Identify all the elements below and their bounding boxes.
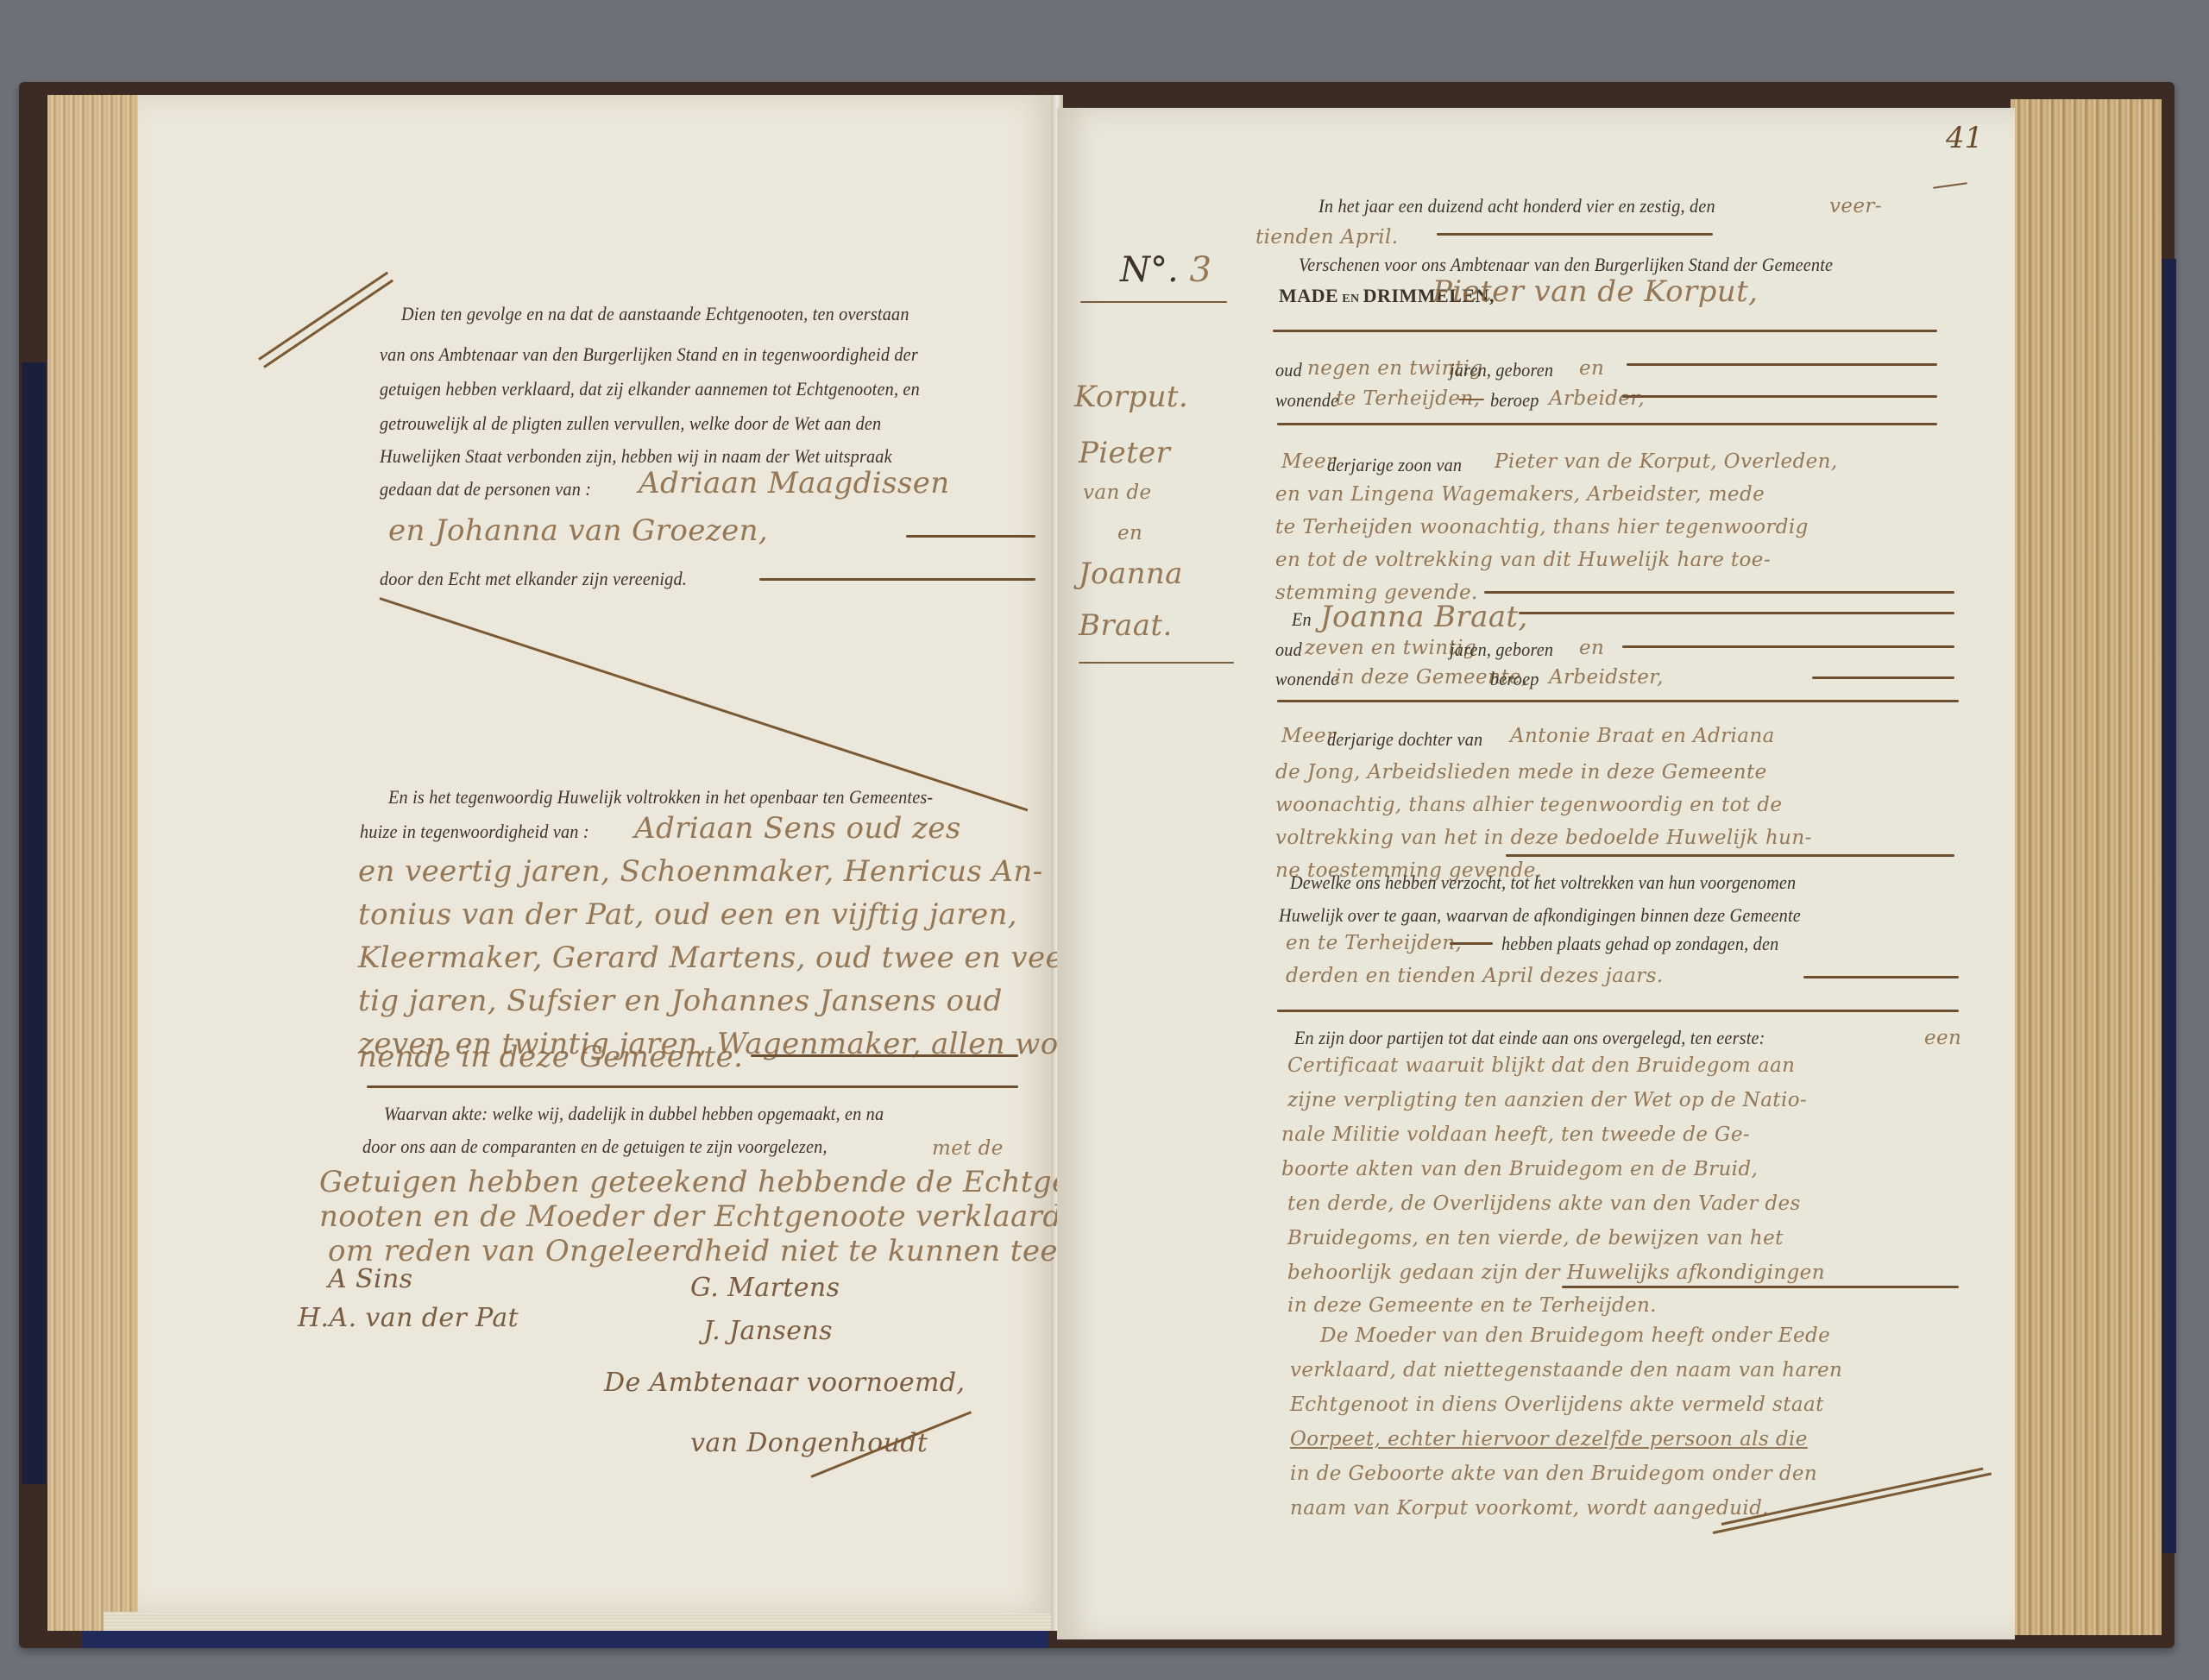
- groom-parents-hand-1: en van Lingena Wagemakers, Arbeidster, m…: [1275, 483, 1765, 506]
- fill-rule: [1506, 854, 1954, 857]
- groom-parents-hand-2: te Terheijden woonachtig, thans hier teg…: [1275, 516, 1809, 538]
- note-hand-5: naam van Korput voorkomt, wordt aangedui…: [1290, 1497, 1769, 1520]
- fill-rule: [1622, 645, 1954, 648]
- closing-print-line1: Waarvan akte: welke wij, dadelijk in dub…: [384, 1104, 884, 1123]
- groom-parents-print: derjarige zoon van: [1327, 456, 1462, 475]
- groom-name-hand: Pieter van de Korput,: [1432, 274, 1758, 309]
- left-para1-line6: gedaan dat de personen van :: [380, 480, 591, 499]
- request-hand-2: derden en tienden April dezes jaars.: [1286, 965, 1664, 987]
- municipality-made: MADE: [1279, 285, 1338, 306]
- record-number-rule: [1080, 301, 1227, 303]
- page-edges-bottom: [104, 1612, 1053, 1631]
- section-rule: [1277, 700, 1959, 702]
- persons-hand-1: Adriaan Maagdissen: [639, 466, 950, 500]
- page-edges-left: [47, 95, 142, 1631]
- persons-hand-2: en Johanna van Groezen,: [388, 513, 768, 548]
- documents-hand-3: nale Militie voldaan heeft, ten tweede d…: [1281, 1123, 1750, 1146]
- note-hand-1: verklaard, dat niettegenstaande den naam…: [1290, 1359, 1842, 1381]
- page-edges-right: [2011, 99, 2162, 1635]
- documents-hand-0: een: [1924, 1027, 1961, 1049]
- groom-profession-hand: Arbeider,: [1549, 387, 1645, 410]
- witness-hand-3: Kleermaker, Gerard Martens, oud twee en …: [358, 941, 1088, 975]
- record-number: 3: [1189, 250, 1211, 290]
- documents-hand-7: behoorlijk gedaan zijn der Huwelijks afk…: [1287, 1262, 1825, 1284]
- margin-particle-groom: van de: [1083, 481, 1152, 504]
- appeared-line-print: Verschenen voor ons Ambtenaar van den Bu…: [1299, 255, 1833, 274]
- signature-ambtenaar-label: De Ambtenaar voornoemd,: [604, 1368, 965, 1398]
- signature-a-sins: A Sins: [328, 1264, 412, 1294]
- closing-hand-2: nooten en de Moeder der Echtgenoote verk…: [319, 1199, 1062, 1234]
- cover-cloth-bottom: [82, 1631, 1048, 1648]
- left-para2-line1: En is het tegenwoordig Huwelijk voltrokk…: [388, 788, 933, 807]
- witness-hand-6: nende in deze Gemeente.: [358, 1040, 743, 1074]
- margin-given-bride: Joanna: [1079, 557, 1183, 591]
- margin-en: en: [1117, 522, 1142, 544]
- margin-given-groom: Pieter: [1079, 436, 1170, 470]
- witness-hand-2: tonius van der Pat, oud een en vijftig j…: [358, 897, 1017, 932]
- municipality-en: EN: [1342, 293, 1359, 305]
- bride-parents-hand-2: woonachtig, thans alhier tegenwoordig en…: [1275, 794, 1782, 816]
- request-hand-1: en te Terheijden,: [1286, 932, 1462, 954]
- fill-rule: [1803, 976, 1959, 978]
- closing-print-line2: door ons aan de comparanten en de getuig…: [362, 1137, 828, 1156]
- bride-name-hand: Joanna Braat,: [1320, 600, 1528, 634]
- bride-age-suffix: jaren, geboren: [1450, 640, 1553, 659]
- note-hand-2: Echtgenoot in diens Overlijdens akte ver…: [1290, 1394, 1824, 1416]
- section-rule: [1277, 1010, 1959, 1012]
- documents-hand-4: boorte akten van den Bruidegom en de Bru…: [1281, 1158, 1758, 1180]
- record-number-prefix: N°.: [1120, 250, 1179, 290]
- bride-profession-label: beroep: [1490, 670, 1539, 689]
- left-para1-line3: getuigen hebben verklaard, dat zij elkan…: [380, 380, 920, 399]
- signature-martens: G. Martens: [690, 1273, 840, 1303]
- year-line-hand: veer-: [1829, 195, 1882, 217]
- section-rule: [1273, 330, 1937, 332]
- note-hand-4: in de Geboorte akte van den Bruidegom on…: [1290, 1463, 1817, 1485]
- fill-rule: [759, 578, 1035, 581]
- documents-hand-1: Certificaat waaruit blijkt dat den Bruid…: [1287, 1054, 1795, 1077]
- left-para1-line4: getrouwelijk al de pligten zullen vervul…: [380, 414, 881, 433]
- dash: [1450, 942, 1493, 945]
- fill-rule: [751, 1054, 1018, 1057]
- groom-age-suffix: jaren, geboren: [1450, 361, 1553, 380]
- bride-parents-print: derjarige dochter van: [1327, 730, 1482, 749]
- fill-rule: [1519, 612, 1954, 614]
- groom-profession-label: beroep: [1490, 391, 1539, 410]
- bride-age-label: oud: [1275, 640, 1302, 659]
- documents-print: En zijn door partijen tot dat einde aan …: [1294, 1029, 1765, 1048]
- left-para1-line5: Huwelijken Staat verbonden zijn, hebben …: [380, 447, 892, 466]
- documents-hand-2: zijne verpligting ten aanzien der Wet op…: [1287, 1089, 1807, 1111]
- record-number-label: N°. 3: [1120, 250, 1211, 290]
- fill-rule: [906, 535, 1035, 538]
- bride-born-hand: en: [1579, 637, 1604, 659]
- bride-residence-label: wonende: [1275, 670, 1338, 689]
- fill-rule: [1562, 1286, 1959, 1288]
- section-rule: [367, 1085, 1018, 1088]
- signature-van-der-pat: H.A. van der Pat: [298, 1303, 519, 1333]
- bride-parents-hand-1: de Jong, Arbeidslieden mede in deze Geme…: [1275, 761, 1767, 783]
- closing-hand-1: Getuigen hebben geteekend hebbende de Ec…: [319, 1165, 1079, 1199]
- groom-parents-hand-3: en tot de voltrekking van dit Huwelijk h…: [1275, 549, 1771, 571]
- cover-cloth-left: [22, 362, 46, 1484]
- margin-surname-bride: Braat.: [1079, 608, 1173, 643]
- note-hand-0: De Moeder van den Bruidegom heeft onder …: [1320, 1324, 1830, 1347]
- request-print-line1: Dewelke ons hebben verzocht, tot het vol…: [1290, 873, 1796, 892]
- witness-hand-0: Adriaan Sens oud zes: [634, 811, 961, 846]
- left-para1-line1: Dien ten gevolge en na dat de aanstaande…: [401, 305, 909, 324]
- groom-born-hand: en: [1579, 357, 1604, 380]
- bride-profession-hand: Arbeidster,: [1549, 666, 1664, 689]
- witness-hand-4: tig jaren, Sufsier en Johannes Jansens o…: [358, 984, 1003, 1018]
- left-para2-line2: huize in tegenwoordigheid van :: [360, 822, 589, 841]
- documents-hand-5: ten derde, de Overlijdens akte van den V…: [1287, 1192, 1801, 1215]
- united-text: door den Echt met elkander zijn vereenig…: [380, 569, 687, 588]
- groom-residence-label: wonende: [1275, 391, 1338, 410]
- groom-parents-hand-0: Pieter van de Korput, Overleden,: [1495, 450, 1838, 473]
- signature-jansens: J. Jansens: [703, 1316, 833, 1346]
- section-rule: [1277, 423, 1937, 425]
- closing-hand-0: met de: [932, 1137, 1004, 1160]
- bride-parents-hand-0: Antonie Braat en Adriana: [1510, 725, 1775, 747]
- request-print-3: hebben plaats gehad op zondagen, den: [1501, 934, 1778, 953]
- page-number: 41: [1946, 121, 1983, 155]
- dash: [1458, 399, 1484, 400]
- margin-surname-groom: Korput.: [1074, 380, 1188, 414]
- groom-age-label: oud: [1275, 361, 1302, 380]
- witness-hand-1: en veertig jaren, Schoenmaker, Henricus …: [358, 854, 1043, 889]
- left-para1-line2: van ons Ambtenaar van den Burgerlijken S…: [380, 345, 918, 364]
- fill-rule: [1812, 676, 1954, 679]
- date-hand: tienden April.: [1256, 226, 1398, 249]
- request-print-line2: Huwelijk over te gaan, waarvan de afkond…: [1279, 906, 1801, 925]
- documents-hand-8: in deze Gemeente en te Terheijden.: [1287, 1294, 1657, 1317]
- margin-rule: [1079, 662, 1234, 664]
- documents-hand-6: Bruidegoms, en ten vierde, de bewijzen v…: [1287, 1227, 1784, 1249]
- year-line-print: In het jaar een duizend acht honderd vie…: [1318, 197, 1715, 216]
- fill-rule: [1437, 233, 1713, 236]
- fill-rule: [1622, 395, 1937, 398]
- closing-hand-3: om reden van Ongeleerdheid niet te kunne…: [328, 1234, 1160, 1268]
- note-hand-3: Oorpeet, echter hiervoor dezelfde persoo…: [1290, 1428, 1808, 1450]
- bride-en-label: En: [1292, 610, 1312, 629]
- fill-rule: [1484, 591, 1954, 594]
- fill-rule: [1627, 363, 1937, 366]
- bride-parents-hand-3: voltrekking van het in deze bedoelde Huw…: [1275, 827, 1812, 849]
